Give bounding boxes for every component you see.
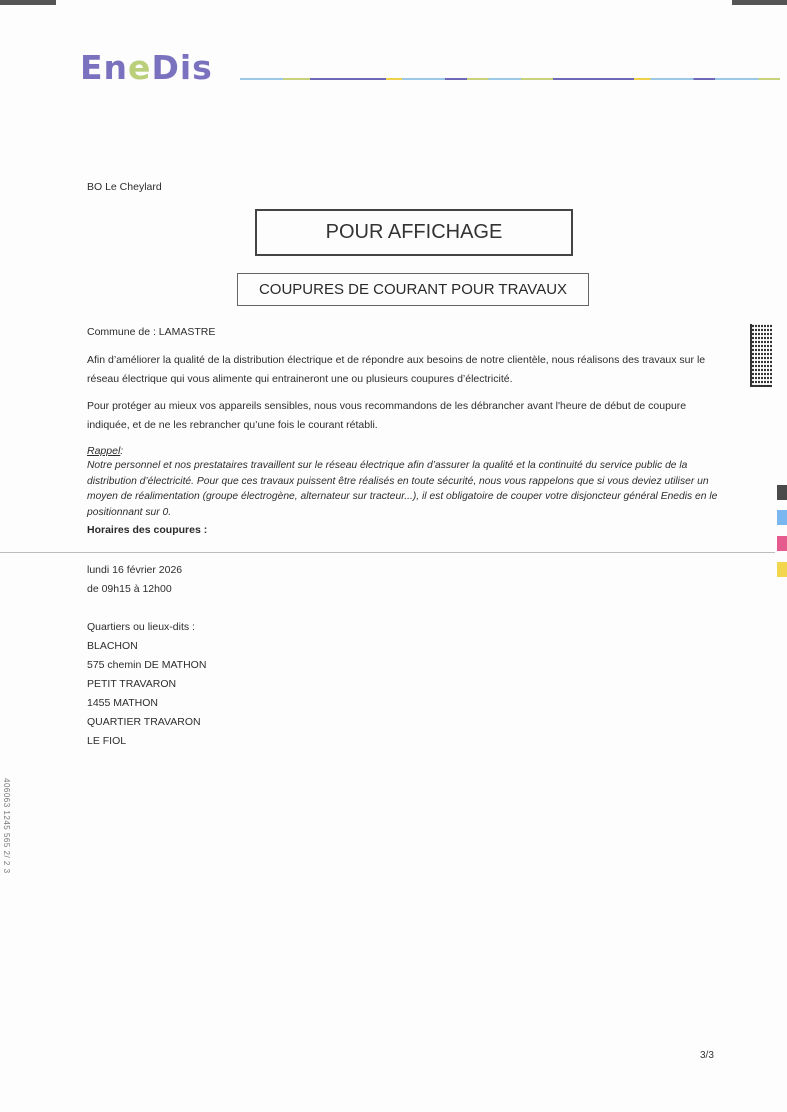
datamatrix-code: [750, 324, 772, 387]
paragraph-advice: Pour protéger au mieux vos appareils sen…: [87, 397, 727, 435]
list-item: QUARTIER TRAVARON: [87, 713, 206, 732]
list-item: LE FIOL: [87, 732, 206, 751]
enedis-logo: EneDis: [80, 50, 213, 86]
fold-line: [0, 552, 775, 553]
color-swatch-black: [777, 485, 787, 500]
rappel-suffix: :: [120, 444, 123, 458]
list-item: 1455 MATHON: [87, 694, 206, 713]
sender: BO Le Cheylard: [87, 178, 162, 197]
rappel-heading: Rappel :: [87, 444, 123, 458]
logo-text-2: e: [128, 48, 151, 87]
rappel-label: Rappel: [87, 445, 120, 457]
scan-mark-top-left: [0, 0, 56, 5]
list-item: PETIT TRAVARON: [87, 675, 206, 694]
quartiers-label: Quartiers ou lieux-dits :: [87, 618, 195, 637]
side-print-code: 406063 1245 565 2/ 2 3: [2, 778, 11, 874]
logo-text-1: En: [80, 48, 128, 87]
title-text: POUR AFFICHAGE: [326, 221, 503, 244]
subtitle-box: COUPURES DE COURANT POUR TRAVAUX: [237, 273, 589, 306]
rappel-body: Notre personnel et nos prestataires trav…: [87, 458, 727, 520]
title-box: POUR AFFICHAGE: [255, 209, 573, 256]
header-color-line: [240, 78, 780, 80]
subtitle-text: COUPURES DE COURANT POUR TRAVAUX: [259, 281, 567, 298]
paragraph-intro: Afin d’améliorer la qualité de la distri…: [87, 351, 727, 389]
schedule-date: lundi 16 février 2026: [87, 561, 182, 580]
color-swatch-yellow: [777, 562, 787, 577]
page-number: 3/3: [700, 1050, 714, 1061]
logo-text-3: Dis: [151, 48, 212, 87]
commune: Commune de : LAMASTRE: [87, 323, 215, 342]
places-list: BLACHON 575 chemin DE MATHON PETIT TRAVA…: [87, 637, 206, 751]
schedule-time: de 09h15 à 12h00: [87, 580, 172, 599]
color-swatch-magenta: [777, 536, 787, 551]
scan-mark-top-right: [732, 0, 787, 5]
horaires-heading: Horaires des coupures :: [87, 524, 207, 536]
color-swatch-cyan: [777, 510, 787, 525]
list-item: 575 chemin DE MATHON: [87, 656, 206, 675]
list-item: BLACHON: [87, 637, 206, 656]
